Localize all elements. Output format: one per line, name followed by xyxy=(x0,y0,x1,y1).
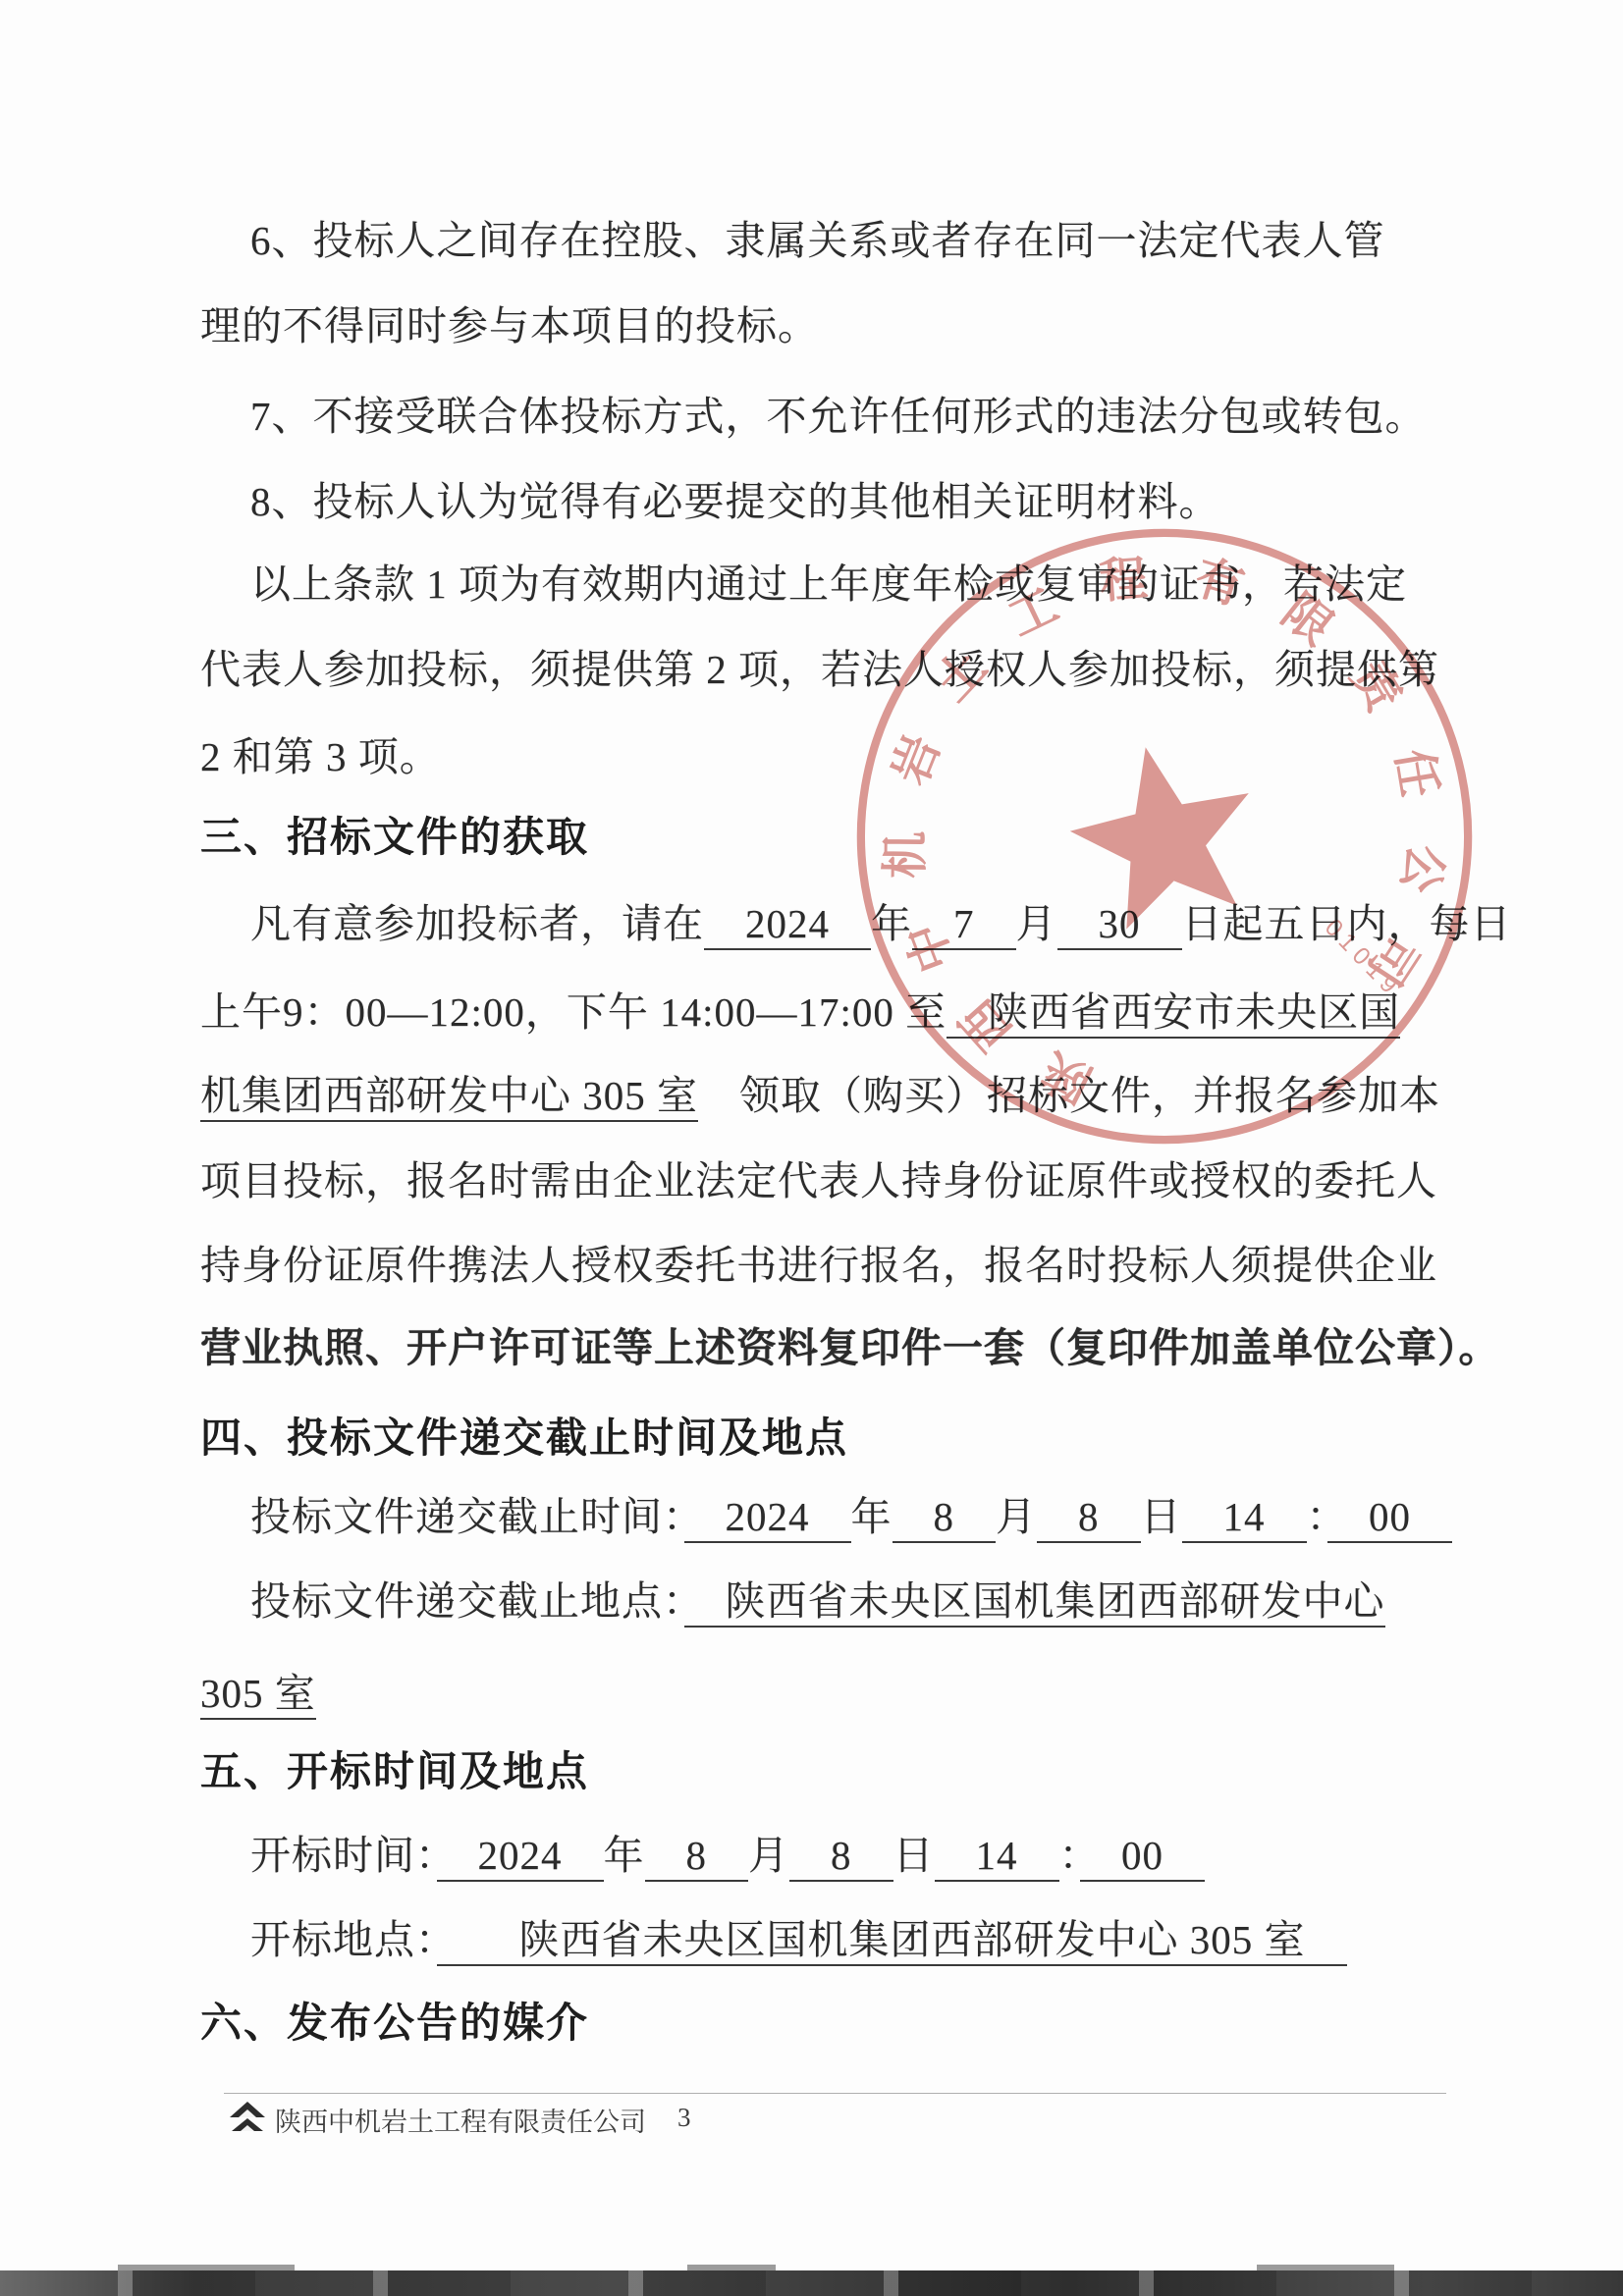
document-line: 投标文件递交截止地点： 陕西省未央区国机集团西部研发中心 xyxy=(250,1569,1385,1627)
text-run: 2 和第 3 项。 xyxy=(200,734,441,779)
text-run: 月 xyxy=(748,1833,789,1878)
scan-artifact-band xyxy=(0,2270,1623,2296)
footer-company-name: 陕西中机岩土工程有限责任公司 xyxy=(275,2101,646,2139)
document-line: 8、投标人认为觉得有必要提交的其他相关证明材料。 xyxy=(250,469,1220,527)
text-run: 四、投标文件递交截止时间及地点 xyxy=(200,1415,848,1461)
text-run: 以上条款 1 项为有效期内通过上年度年检或复审的证书，若法定 xyxy=(250,561,1407,607)
filled-blank-value: 机集团西部研发中心 305 室 xyxy=(200,1073,698,1122)
text-run: 投标文件递交截止地点： xyxy=(250,1578,684,1624)
filled-blank-value: 陕西省西安市未央区国 xyxy=(947,989,1400,1039)
document-line: 2 和第 3 项。 xyxy=(200,724,441,782)
filled-blank-value: 陕西省未央区国机集团西部研发中心 xyxy=(684,1578,1385,1628)
text-run: 营业执照、开户许可证等上述资料复印件一套（复印件加盖单位公章）。 xyxy=(200,1325,1500,1370)
text-run: 五、开标时间及地点 xyxy=(200,1748,589,1794)
text-run: 年 xyxy=(851,1494,893,1539)
text-run: 年 xyxy=(604,1833,645,1878)
document-line: 持身份证原件携法人授权委托书进行报名，报名时投标人须提供企业 xyxy=(200,1233,1437,1291)
text-run: 月 xyxy=(1016,901,1057,946)
text-run: 凡有意参加投标者，请在 xyxy=(250,901,704,946)
document-line: 以上条款 1 项为有效期内通过上年度年检或复审的证书，若法定 xyxy=(250,552,1407,610)
document-line: 6、投标人之间存在控股、隶属关系或者存在同一法定代表人管 xyxy=(250,208,1385,266)
filled-blank-value: 14 xyxy=(1182,1494,1307,1543)
document-line: 项目投标，报名时需由企业法定代表人持身份证原件或授权的委托人 xyxy=(200,1148,1437,1206)
footer-divider xyxy=(224,2093,1446,2094)
text-run: 日 xyxy=(893,1833,935,1878)
document-line: 开标时间： 2024 年 8 月 8 日 14 ： 00 xyxy=(250,1823,1205,1881)
text-run: 开标地点： xyxy=(250,1917,437,1962)
filled-blank-value: 2024 xyxy=(684,1494,851,1543)
document-line: 营业执照、开户许可证等上述资料复印件一套（复印件加盖单位公章）。 xyxy=(200,1315,1500,1373)
page-number: 3 xyxy=(677,2103,691,2133)
text-run: 领取（购买）招标文件，并报名参加本 xyxy=(698,1073,1440,1118)
document-line: 机集团西部研发中心 305 室 领取（购买）招标文件，并报名参加本 xyxy=(200,1063,1440,1121)
filled-blank-value: 2024 xyxy=(437,1833,604,1882)
document-line: 7、不接受联合体投标方式，不允许任何形式的违法分包或转包。 xyxy=(250,384,1427,442)
document-line: 理的不得同时参与本项目的投标。 xyxy=(200,294,819,351)
text-run: 年 xyxy=(871,901,912,946)
text-run: 上午9：00—12:00，下午 14:00—17:00 至 xyxy=(200,989,947,1035)
text-run: 三、招标文件的获取 xyxy=(200,814,589,860)
filled-blank-value: 2024 xyxy=(704,901,871,950)
document-page: 6、投标人之间存在控股、隶属关系或者存在同一法定代表人管理的不得同时参与本项目的… xyxy=(0,0,1623,2296)
filled-blank-value: 305 室 xyxy=(200,1671,316,1720)
text-run: 六、发布公告的媒介 xyxy=(200,2000,589,2046)
filled-blank-value: 8 xyxy=(893,1494,997,1543)
filled-blank-value: 8 xyxy=(645,1833,749,1882)
text-run: 7、不接受联合体投标方式，不允许任何形式的违法分包或转包。 xyxy=(250,394,1427,439)
filled-blank-value: 8 xyxy=(1037,1494,1141,1543)
filled-blank-value: 7 xyxy=(912,901,1016,950)
text-run: 开标时间： xyxy=(250,1833,437,1878)
document-line: 上午9：00—12:00，下午 14:00—17:00 至 陕西省西安市未央区国 xyxy=(200,980,1400,1038)
section-heading: 四、投标文件递交截止时间及地点 xyxy=(200,1406,848,1465)
filled-blank-value: 陕西省未央区国机集团西部研发中心 305 室 xyxy=(437,1917,1347,1966)
filled-blank-value: 8 xyxy=(789,1833,893,1882)
text-run: 月 xyxy=(996,1494,1037,1539)
document-line: 投标文件递交截止时间： 2024 年 8 月 8 日 14 ： 00 xyxy=(250,1484,1452,1542)
document-line: 代表人参加投标，须提供第 2 项，若法人授权人参加投标，须提供第 xyxy=(200,637,1439,695)
text-run: 6、投标人之间存在控股、隶属关系或者存在同一法定代表人管 xyxy=(250,218,1385,263)
text-run: 日 xyxy=(1141,1494,1182,1539)
filled-blank-value: 14 xyxy=(935,1833,1059,1882)
text-run: 代表人参加投标，须提供第 2 项，若法人授权人参加投标，须提供第 xyxy=(200,647,1439,692)
company-logo-icon xyxy=(230,2102,265,2138)
text-run: ： xyxy=(1059,1833,1081,1878)
document-line: 305 室 xyxy=(200,1661,316,1719)
text-run: 8、投标人认为觉得有必要提交的其他相关证明材料。 xyxy=(250,479,1220,524)
section-heading: 三、招标文件的获取 xyxy=(200,805,589,864)
text-run: 日起五日内，每日 xyxy=(1182,901,1512,946)
text-run: 项目投标，报名时需由企业法定代表人持身份证原件或授权的委托人 xyxy=(200,1158,1437,1203)
section-heading: 五、开标时间及地点 xyxy=(200,1739,589,1798)
filled-blank-value: 00 xyxy=(1327,1494,1452,1543)
page-footer: 陕西中机岩土工程有限责任公司 xyxy=(230,2101,1447,2139)
document-line: 凡有意参加投标者，请在 2024 年 7 月 30 日起五日内，每日 xyxy=(250,891,1512,949)
text-run: 理的不得同时参与本项目的投标。 xyxy=(200,303,819,348)
section-heading: 六、发布公告的媒介 xyxy=(200,1991,589,2050)
filled-blank-value: 30 xyxy=(1057,901,1182,950)
text-run: 投标文件递交截止时间： xyxy=(250,1494,684,1539)
text-run: ： xyxy=(1307,1494,1328,1539)
filled-blank-value: 00 xyxy=(1080,1833,1205,1882)
document-line: 开标地点： 陕西省未央区国机集团西部研发中心 305 室 xyxy=(250,1907,1347,1965)
text-run: 持身份证原件携法人授权委托书进行报名，报名时投标人须提供企业 xyxy=(200,1243,1437,1288)
